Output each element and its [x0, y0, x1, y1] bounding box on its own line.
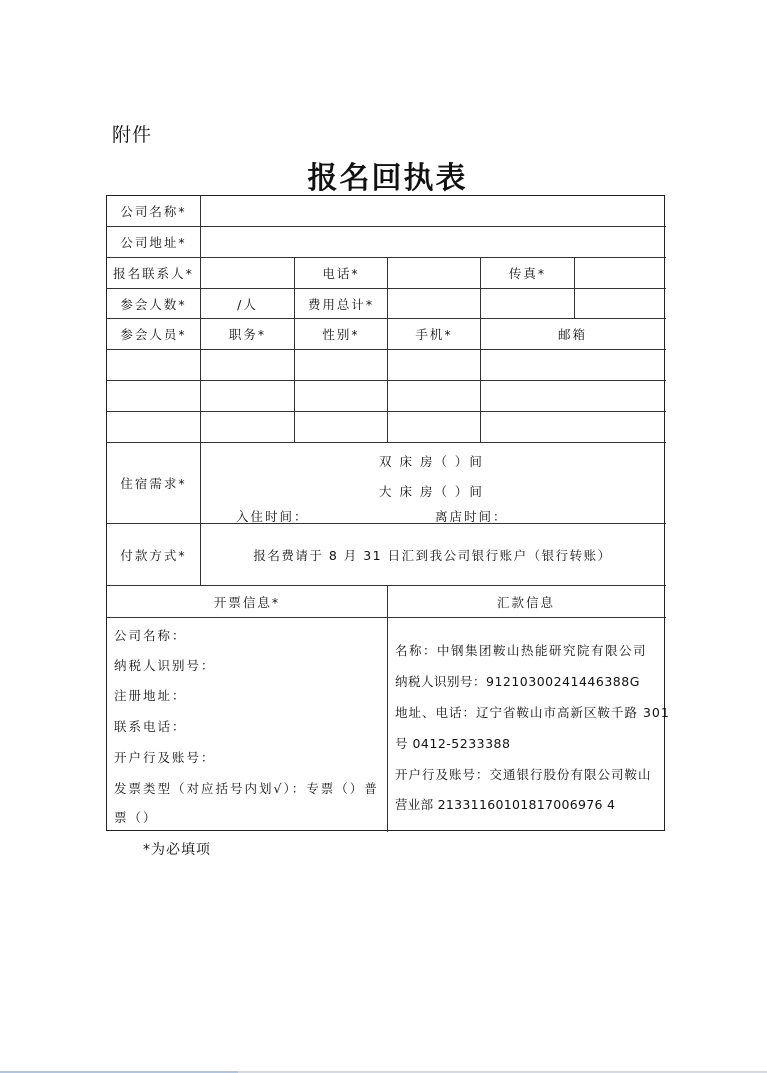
- attendee-email-field[interactable]: [481, 412, 664, 442]
- attachment-label: 附件: [112, 120, 152, 147]
- column-header-mobile: 手机*: [388, 319, 480, 349]
- phone-field[interactable]: [388, 258, 480, 288]
- attendee-position-field[interactable]: [201, 381, 294, 411]
- attendees-count-field[interactable]: /人: [201, 289, 294, 318]
- attendee-mobile-field[interactable]: [388, 412, 480, 442]
- attendee-name-field[interactable]: [107, 412, 200, 442]
- company-address-field[interactable]: [201, 227, 664, 257]
- required-fields-note: *为必填项: [143, 839, 211, 859]
- attendee-email-field[interactable]: [481, 381, 664, 411]
- attendee-gender-field[interactable]: [295, 381, 387, 411]
- remittance-bank-account: 营业部 21331160101817006976 4: [395, 795, 615, 813]
- invoice-tax-id[interactable]: 纳税人识别号：: [114, 656, 216, 674]
- remittance-bank: 开户行及账号：交通银行股份有限公司鞍山: [395, 765, 652, 783]
- registration-form: 公司名称* 公司地址* 报名联系人* 电话* 传真* 参会人数* /人 费用总计…: [106, 195, 665, 831]
- attendee-mobile-field[interactable]: [388, 350, 480, 380]
- attendees-count-label: 参会人数*: [107, 289, 200, 318]
- invoice-registered-address[interactable]: 注册地址：: [114, 686, 187, 704]
- invoice-company-name[interactable]: 公司名称：: [114, 626, 187, 644]
- checkin-time-label[interactable]: 入住时间：: [236, 507, 309, 525]
- accommodation-label: 住宿需求*: [107, 443, 200, 523]
- attendee-position-field[interactable]: [201, 350, 294, 380]
- attendee-gender-field[interactable]: [295, 412, 387, 442]
- fax-label: 传真*: [481, 258, 574, 288]
- contact-label: 报名联系人*: [107, 258, 200, 288]
- company-name-label: 公司名称*: [107, 196, 200, 226]
- company-name-field[interactable]: [201, 196, 664, 226]
- payment-method-text: 报名费请于 8 月 31 日汇到我公司银行账户（银行转账）: [201, 524, 664, 585]
- invoice-contact-phone[interactable]: 联系电话：: [114, 717, 187, 735]
- empty-cell[interactable]: [575, 289, 664, 318]
- attendee-name-field[interactable]: [107, 381, 200, 411]
- total-fee-label: 费用总计*: [295, 289, 387, 318]
- invoice-bank-account[interactable]: 开户行及账号：: [114, 748, 216, 766]
- invoice-info-header: 开票信息*: [107, 586, 387, 617]
- attendee-email-field[interactable]: [481, 350, 664, 380]
- column-header-email: 邮箱: [481, 319, 664, 349]
- checkout-time-label[interactable]: 离店时间：: [435, 507, 508, 525]
- phone-label: 电话*: [295, 258, 387, 288]
- column-header-gender: 性别*: [295, 319, 387, 349]
- twin-room-option[interactable]: 双 床 房（ ）间: [379, 452, 484, 470]
- attendee-gender-field[interactable]: [295, 350, 387, 380]
- king-room-option[interactable]: 大 床 房（ ）间: [379, 482, 484, 500]
- company-address-label: 公司地址*: [107, 227, 200, 257]
- invoice-type-line-cont[interactable]: 票（）: [114, 808, 158, 826]
- empty-cell[interactable]: [481, 289, 574, 318]
- remittance-tax-id: 纳税人识别号：91210300241446388G: [395, 672, 640, 690]
- attendees-count-unit: /人: [237, 295, 258, 313]
- remittance-address-phone-cont: 号 0412-5233388: [395, 734, 510, 752]
- attendee-mobile-field[interactable]: [388, 381, 480, 411]
- column-header-attendee: 参会人员*: [107, 319, 200, 349]
- column-header-position: 职务*: [201, 319, 294, 349]
- total-fee-field[interactable]: [388, 289, 480, 318]
- payment-method-label: 付款方式*: [107, 524, 200, 585]
- page-title: 报名回执表: [0, 153, 767, 197]
- invoice-type-line[interactable]: 发票类型（对应括号内划√）：专票（）普: [114, 779, 379, 797]
- col-divider: [387, 585, 388, 832]
- fax-field[interactable]: [575, 258, 664, 288]
- attendee-name-field[interactable]: [107, 350, 200, 380]
- contact-field[interactable]: [201, 258, 294, 288]
- remittance-name: 名称：中钢集团鞍山热能研究院有限公司: [395, 641, 647, 659]
- remittance-info-header: 汇款信息: [388, 586, 664, 617]
- remittance-address-phone: 地址、电话：辽宁省鞍山市高新区鞍千路 301: [395, 703, 670, 721]
- attendee-position-field[interactable]: [201, 412, 294, 442]
